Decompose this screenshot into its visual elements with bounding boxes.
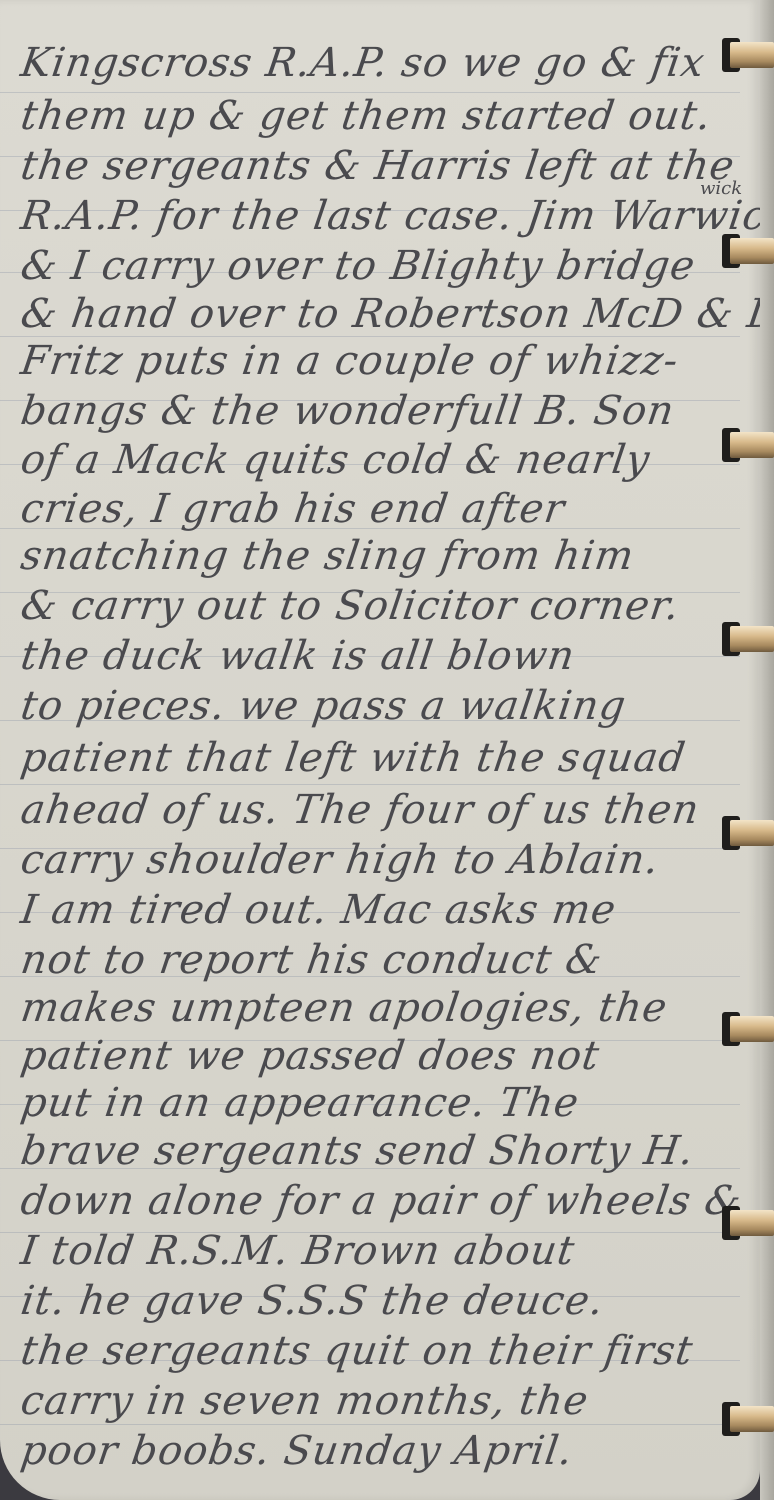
text-line: patient we passed does not: [18, 1033, 603, 1079]
text-line: the duck walk is all blown: [18, 633, 578, 679]
binding-ring: [722, 428, 774, 462]
binding-ring: [722, 816, 774, 850]
text-line: them up & get them started out.: [18, 93, 715, 139]
text-line: the sergeants & Harris left at the: [18, 143, 738, 189]
text-line: ahead of us. The four of us then: [18, 787, 702, 833]
text-line: brave sergeants send Shorty H.: [18, 1128, 697, 1174]
text-line: carry in seven months, the: [18, 1378, 592, 1424]
text-line: bangs & the wonderfull B. Son: [18, 388, 677, 434]
ruled-line: [0, 784, 740, 785]
text-line: Kingscross R.A.P. so we go & fix: [18, 40, 708, 86]
text-line: the sergeants quit on their first: [18, 1328, 696, 1374]
text-line: put in an appearance. The: [18, 1080, 582, 1126]
binding-ring: [722, 1206, 774, 1240]
notebook-page: Kingscross R.A.P. so we go & fix them up…: [0, 0, 760, 1500]
text-line: & hand over to Robertson McD & Dent: [18, 291, 760, 337]
text-line: it. he gave S.S.S the deuce.: [18, 1278, 607, 1324]
text-line: & carry out to Solicitor corner.: [18, 583, 683, 629]
text-line: & I carry over to Blighty bridge: [18, 243, 698, 289]
text-line: of a Mack quits cold & nearly: [18, 437, 653, 483]
binding-ring: [722, 38, 774, 72]
text-line: Fritz puts in a couple of whizz-: [18, 338, 682, 384]
text-line: carry shoulder high to Ablain.: [18, 837, 662, 883]
text-line: snatching the sling from him: [18, 533, 637, 579]
page-edge: [760, 0, 774, 1500]
text-line: I am tired out. Mac asks me: [18, 887, 619, 933]
text-line: patient that left with the squad: [18, 735, 689, 781]
text-line: to pieces. we pass a walking: [18, 683, 629, 729]
text-line: not to report his conduct &: [18, 937, 606, 983]
ruled-line: [0, 1424, 740, 1425]
binding-ring: [722, 1012, 774, 1046]
text-line: cries, I grab his end after: [18, 486, 568, 532]
text-line: down alone for a pair of wheels &: [18, 1178, 745, 1224]
text-line: poor boobs. Sunday April.: [18, 1428, 576, 1474]
binding-ring: [722, 234, 774, 268]
text-line: I told R.S.M. Brown about: [18, 1228, 578, 1274]
text-line: R.A.P. for the last case. Jim Warwick: [18, 193, 760, 239]
superscript-insertion: wick: [700, 178, 742, 199]
text-line: makes umpteen apologies, the: [18, 985, 671, 1031]
binding-ring: [722, 622, 774, 656]
binding-ring: [722, 1402, 774, 1436]
